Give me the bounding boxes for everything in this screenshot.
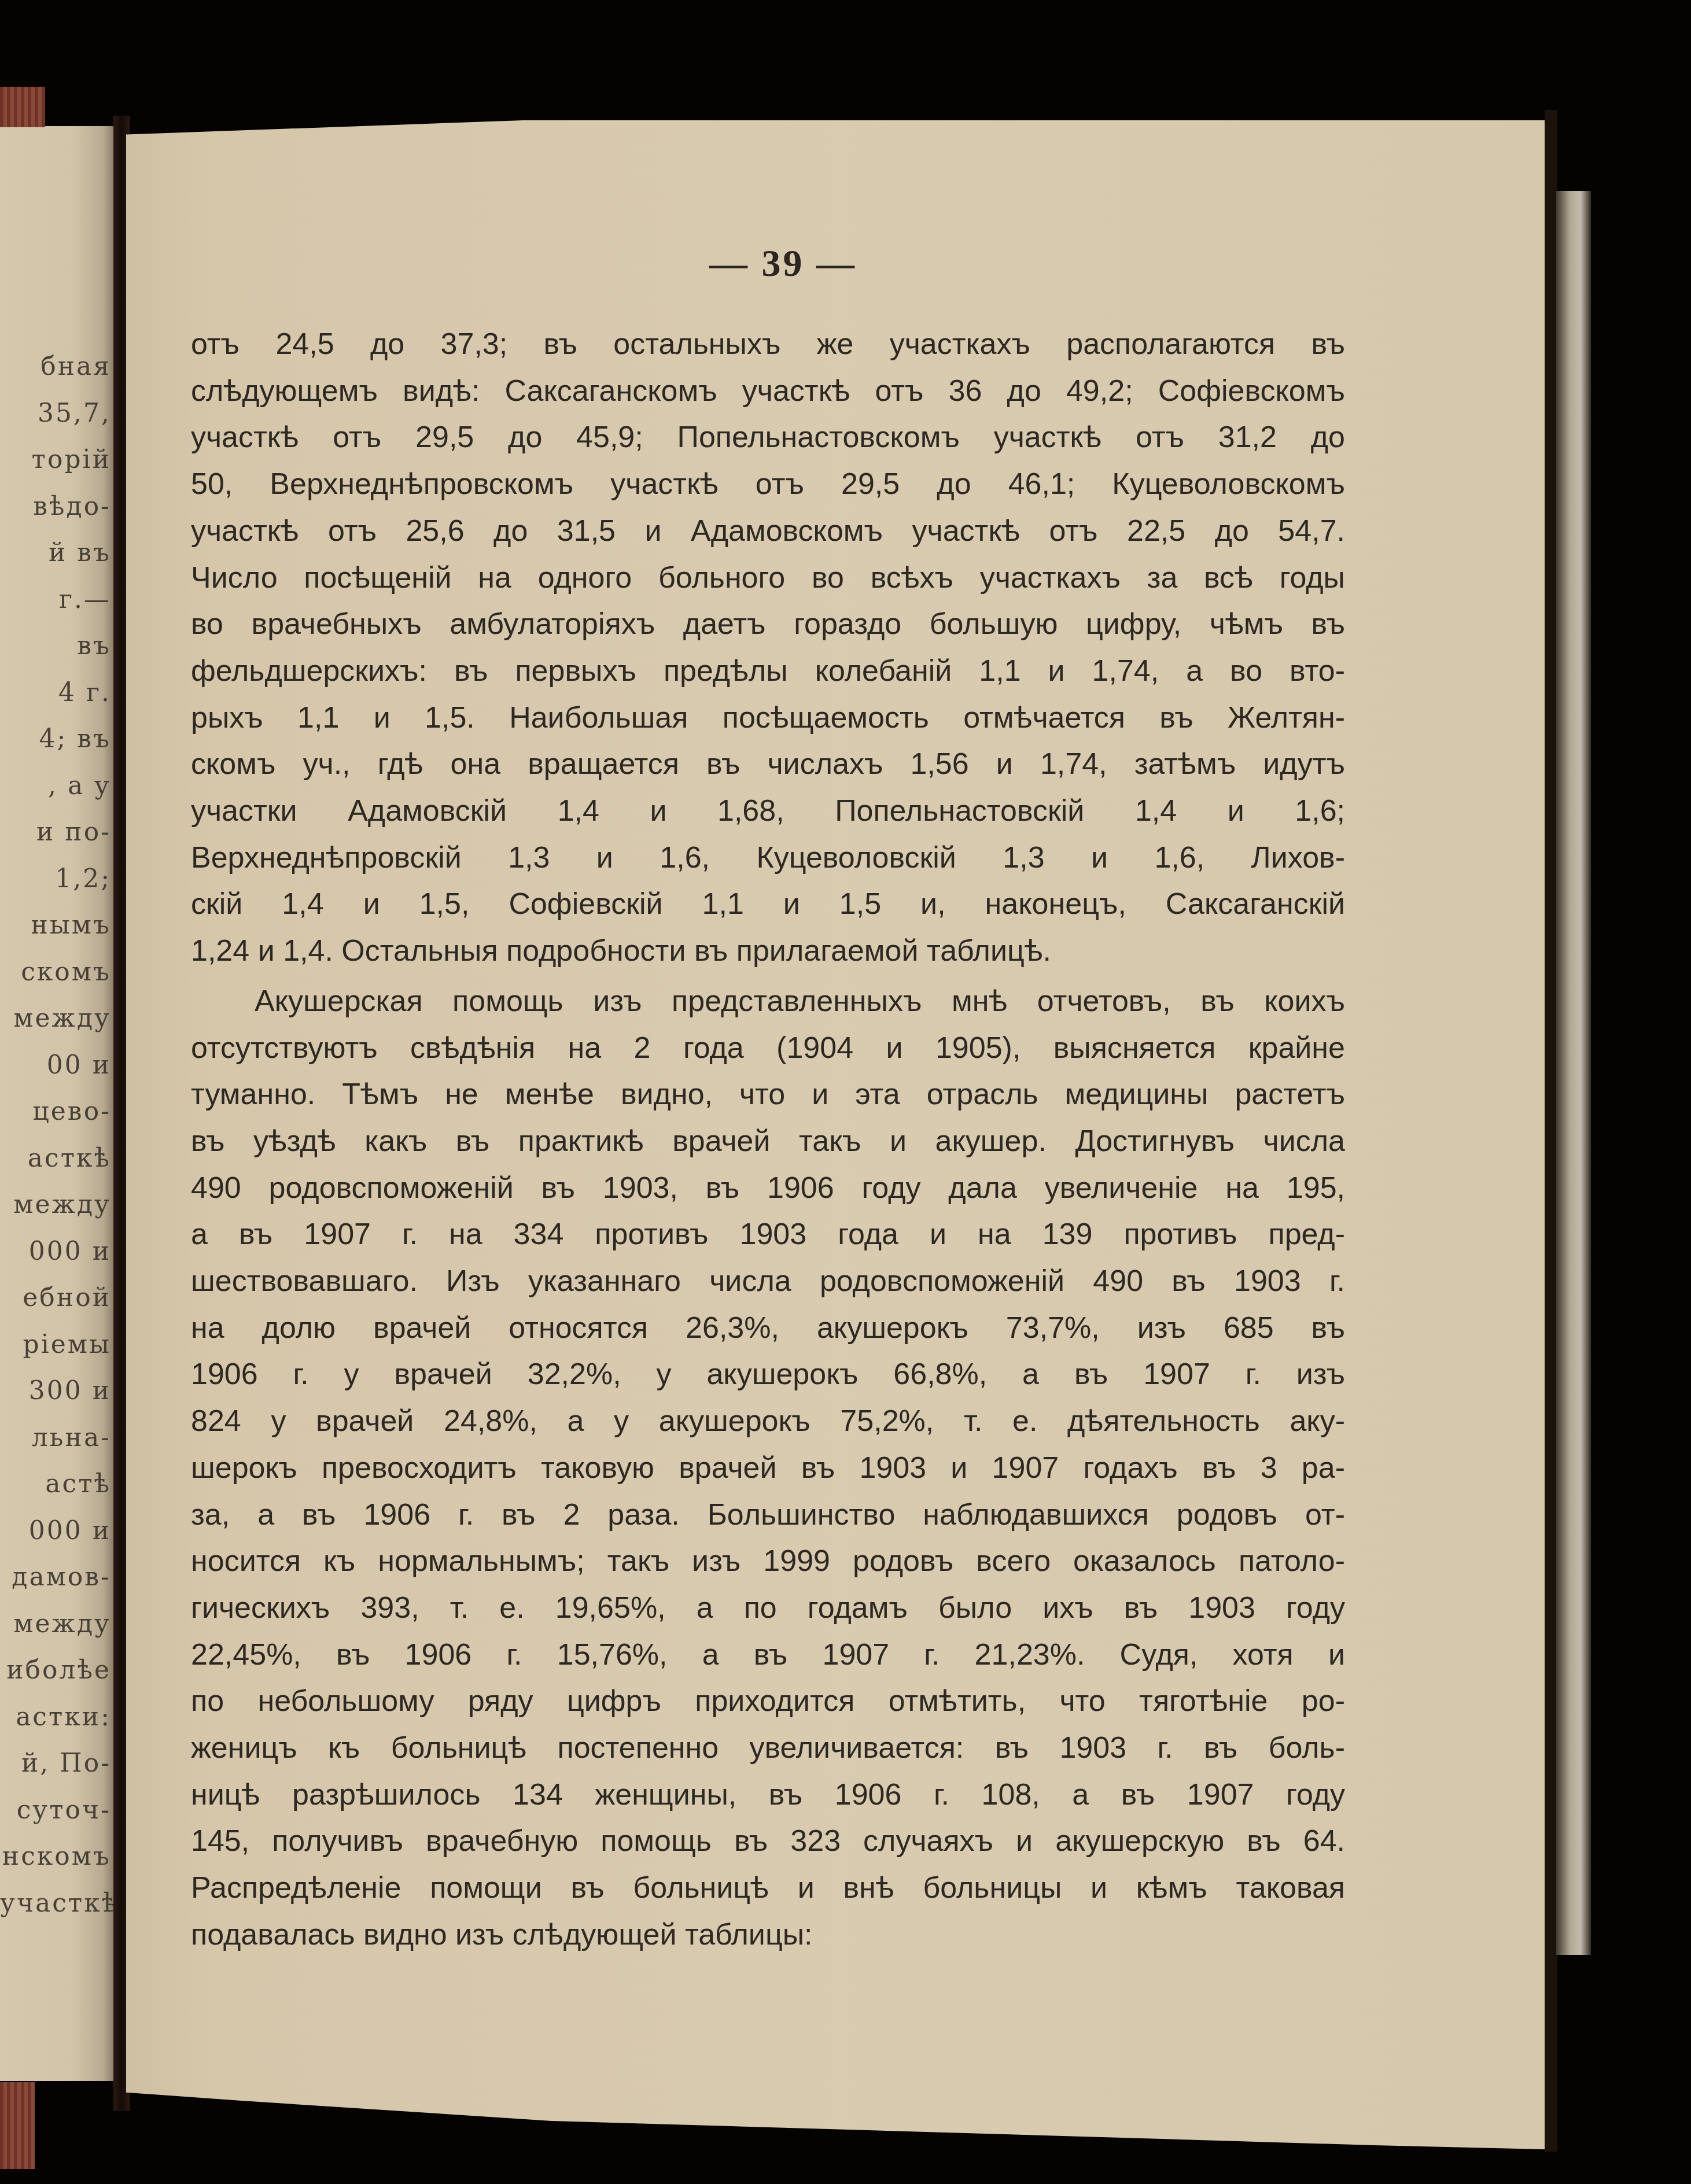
text-line: рыхъ 1,1 и 1,5. Наибольшая посѣщаемость … bbox=[191, 695, 1345, 741]
previous-page-fragment: между bbox=[0, 1609, 111, 1639]
previous-page-fragment: г.— bbox=[0, 585, 111, 614]
previous-page-fragment: торій bbox=[0, 445, 111, 474]
text-line: участкѣ отъ 29,5 до 45,9; Попельнастовск… bbox=[191, 414, 1345, 460]
previous-page-fragment: льна- bbox=[0, 1423, 111, 1452]
page-edge-shadow bbox=[1545, 110, 1557, 2152]
next-pages-edge bbox=[1556, 191, 1591, 1955]
text-line: шерокъ превосходитъ таковую врачей въ 19… bbox=[191, 1445, 1345, 1491]
text-line: во врачебныхъ амбулаторіяхъ даетъ горазд… bbox=[191, 601, 1345, 647]
text-line: Акушерская помощь изъ представленныхъ мн… bbox=[191, 978, 1345, 1024]
previous-page-fragment: дамов- bbox=[0, 1562, 111, 1592]
page-number: — 39 — bbox=[0, 242, 1691, 286]
text-line: на долю врачей относятся 26,3%, акушерок… bbox=[191, 1305, 1345, 1351]
previous-page-fragment: й въ bbox=[0, 538, 111, 567]
previous-page-fragment: 000 и bbox=[0, 1516, 111, 1545]
text-line: слѣдующемъ видѣ: Саксаганскомъ участкѣ о… bbox=[191, 368, 1345, 414]
text-line: женицъ къ больницѣ постепенно увеличивае… bbox=[191, 1725, 1345, 1771]
text-line: фельдшерскихъ: въ первыхъ предѣлы колеба… bbox=[191, 648, 1345, 694]
text-line: отъ 24,5 до 37,3; въ остальныхъ же участ… bbox=[191, 321, 1345, 367]
text-line: Число посѣщеній на одного больного во вс… bbox=[191, 555, 1345, 601]
previous-page-fragment: вѣдо- bbox=[0, 492, 111, 521]
previous-page-fragment: ебной bbox=[0, 1283, 111, 1312]
bookmark-ribbon-bottom bbox=[0, 2082, 35, 2169]
text-line: 1906 г. у врачей 32,2%, у акушерокъ 66,8… bbox=[191, 1351, 1345, 1397]
text-line: участки Адамовскій 1,4 и 1,68, Попельнас… bbox=[191, 788, 1345, 834]
previous-page-fragment: между bbox=[0, 1004, 111, 1033]
text-line: носится къ нормальнымъ; такъ изъ 1999 ро… bbox=[191, 1538, 1345, 1584]
bookmark-ribbon-top bbox=[0, 87, 45, 127]
text-line: скомъ уч., гдѣ она вращается въ числахъ … bbox=[191, 741, 1345, 787]
previous-page-fragment: астѣ bbox=[0, 1469, 111, 1499]
text-line: за, а въ 1906 г. въ 2 раза. Большинство … bbox=[191, 1492, 1345, 1538]
previous-page-fragment: суточ- bbox=[0, 1795, 111, 1825]
text-line: скій 1,4 и 1,5, Софіевскій 1,1 и 1,5 и, … bbox=[191, 881, 1345, 927]
text-line: 22,45%, въ 1906 г. 15,76%, а въ 1907 г. … bbox=[191, 1632, 1345, 1678]
text-line: отсутствуютъ свѣдѣнія на 2 года (1904 и … bbox=[191, 1025, 1345, 1071]
previous-page-fragment: между bbox=[0, 1190, 111, 1219]
text-line: туманно. Тѣмъ не менѣе видно, что и эта … bbox=[191, 1071, 1345, 1117]
text-line: гическихъ 393, т. е. 19,65%, а по годамъ… bbox=[191, 1585, 1345, 1631]
text-line: 145, получивъ врачебную помощь въ 323 сл… bbox=[191, 1818, 1345, 1864]
previous-page-fragment: й, По- bbox=[0, 1748, 111, 1778]
text-line: ницѣ разрѣшилось 134 женщины, въ 1906 г.… bbox=[191, 1772, 1345, 1818]
text-line: шествовавшаго. Изъ указаннаго числа родо… bbox=[191, 1258, 1345, 1304]
previous-page-fragment: цево- bbox=[0, 1097, 111, 1126]
text-line: по небольшому ряду цифръ приходится отмѣ… bbox=[191, 1678, 1345, 1724]
previous-page-fragment: асткѣ bbox=[0, 1143, 111, 1173]
previous-page-fragment: 000 и bbox=[0, 1237, 111, 1266]
previous-page-fragment: 00 и bbox=[0, 1050, 111, 1080]
previous-page-fragment: иболѣе bbox=[0, 1655, 111, 1685]
previous-page-fragment: бная bbox=[0, 352, 111, 381]
previous-page-fragment: , а у bbox=[0, 771, 111, 800]
previous-page-fragment: ріемы bbox=[0, 1330, 111, 1359]
previous-page-fragment: 1,2; bbox=[0, 864, 111, 894]
previous-page-fragment: нскомъ bbox=[0, 1842, 111, 1871]
previous-page-fragment: 4; въ bbox=[0, 724, 111, 754]
text-line: Распредѣленіе помощи въ больницѣ и внѣ б… bbox=[191, 1865, 1345, 1911]
text-line: 50, Верхнеднѣпровскомъ участкѣ отъ 29,5 … bbox=[191, 461, 1345, 507]
previous-page-fragment: участкѣ bbox=[0, 1888, 111, 1918]
text-line: въ уѣздѣ какъ въ практикѣ врачей такъ и … bbox=[191, 1118, 1345, 1164]
previous-page-fragment: въ bbox=[0, 631, 111, 661]
text-line: подавалась видно изъ слѣдующей таблицы: bbox=[191, 1912, 1345, 1958]
text-line: 1,24 и 1,4. Остальныя подробности въ при… bbox=[191, 928, 1345, 974]
page-number-text: — 39 — bbox=[709, 242, 857, 285]
previous-page-fragment: скомъ bbox=[0, 957, 111, 987]
text-line: а въ 1907 г. на 334 противъ 1903 года и … bbox=[191, 1211, 1345, 1257]
previous-page-fragment: 300 и bbox=[0, 1376, 111, 1405]
previous-page-fragment: нымъ bbox=[0, 910, 111, 940]
text-line: 824 у врачей 24,8%, а у акушерокъ 75,2%,… bbox=[191, 1398, 1345, 1444]
text-line: 490 родовспоможеній въ 1903, въ 1906 год… bbox=[191, 1165, 1345, 1211]
previous-page-fragment: астки: bbox=[0, 1702, 111, 1732]
previous-page-fragment: 4 г. bbox=[0, 678, 111, 707]
previous-page-fragment: 35,7, bbox=[0, 399, 111, 428]
text-line: Верхнеднѣпровскій 1,3 и 1,6, Куцеволовск… bbox=[191, 835, 1345, 881]
previous-page-fragment: и по- bbox=[0, 817, 111, 847]
text-line: участкѣ отъ 25,6 до 31,5 и Адамовскомъ у… bbox=[191, 508, 1345, 554]
